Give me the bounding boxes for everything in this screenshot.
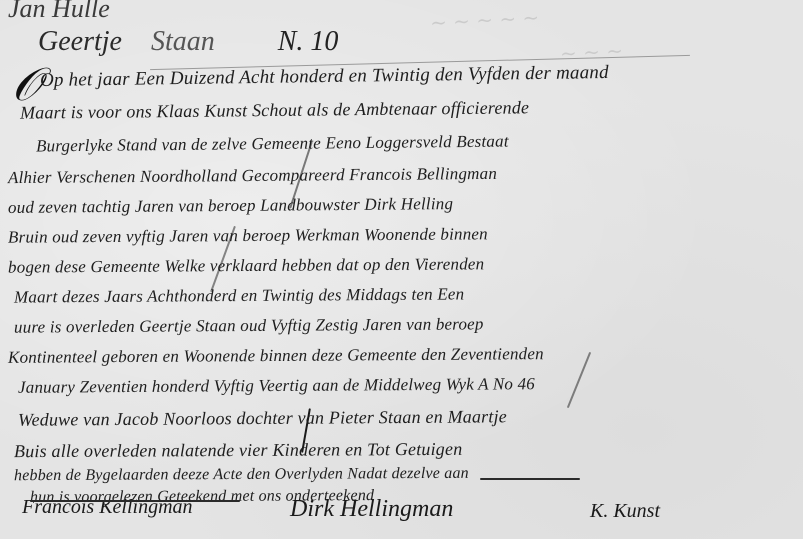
record-line-1: Op het jaar Een Duizend Acht honderd en … (40, 62, 609, 92)
signature-right: K. Kunst (590, 500, 660, 523)
pen-stroke (567, 352, 591, 408)
record-line-3: Burgerlyke Stand van de zelve Gemeente E… (36, 132, 509, 157)
scanned-register-page: ~ ~ ~ ~ ~ ~ ~ ~ Jan Hulle Geertje Staan … (0, 0, 803, 539)
record-line-10: Kontinenteel geboren en Woonende binnen … (8, 344, 544, 368)
subject-first-name: Geertje (38, 26, 122, 57)
record-line-9: uure is overleden Geertje Staan oud Vyft… (14, 314, 484, 337)
closing-flourish (480, 478, 580, 480)
record-line-14: hebben de Bygelaarden deeze Acte den Ove… (14, 465, 469, 485)
record-line-6: Bruin oud zeven vyftig Jaren van beroep … (8, 224, 488, 247)
header-faint-name: Jan Hulle (8, 0, 110, 24)
record-line-5: oud zeven tachtig Jaren van beroep Landb… (8, 194, 453, 218)
record-line-4-text: Alhier Verschenen Noordholland Gecompare… (8, 164, 497, 187)
record-line-13: Buis alle overleden nalatende vier Kinde… (14, 439, 462, 462)
record-line-11: January Zeventien honderd Vyftig Veertig… (18, 374, 535, 398)
signature-underline (30, 500, 240, 502)
bleed-through-text: ~ ~ ~ ~ ~ (429, 5, 539, 35)
record-line-12: Weduwe van Jacob Noorloos dochter van Pi… (18, 406, 507, 430)
record-line-8: Maart dezes Jaars Achthonderd en Twintig… (14, 284, 464, 307)
entry-title: Geertje Staan N. 10 (38, 26, 338, 58)
record-line-2: Maart is voor ons Klaas Kunst Schout als… (20, 97, 529, 123)
record-line-4: Alhier Verschenen Noordholland Gecompare… (8, 164, 497, 188)
record-line-7: bogen dese Gemeente Welke verklaard hebb… (8, 254, 484, 277)
signature-middle: Dirk Hellingman (290, 496, 453, 523)
subject-surname: Staan (151, 26, 215, 57)
entry-number: N. 10 (278, 26, 339, 57)
